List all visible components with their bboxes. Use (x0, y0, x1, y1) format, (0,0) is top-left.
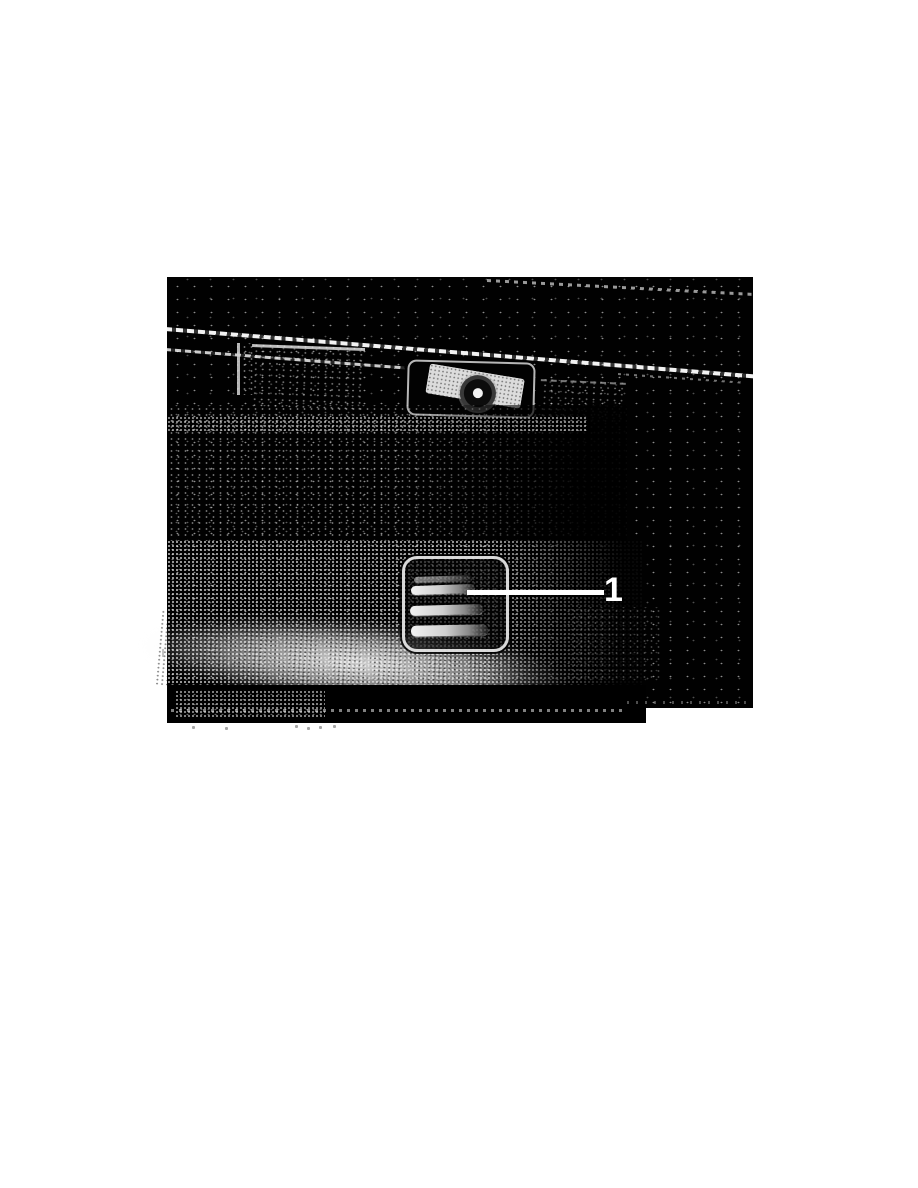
scan-speck (319, 726, 322, 729)
scan-speck (225, 727, 228, 730)
callout-leader-line (467, 590, 604, 595)
vent-louver-3 (410, 604, 483, 616)
speckle-cloud (570, 607, 660, 682)
bottom-edge-dotted-line-right (627, 701, 747, 704)
bottom-shadow-strip (167, 685, 646, 723)
scan-speck (295, 725, 298, 728)
scanned-manual-page: 1 (0, 0, 918, 1188)
callout-label: 1 (604, 573, 623, 607)
scan-tick (162, 649, 164, 657)
vent-grille (402, 556, 509, 652)
vent-louver-4 (411, 624, 488, 636)
scan-speck (192, 726, 195, 729)
figure-photo: 1 (167, 277, 753, 723)
scan-speck (333, 725, 336, 728)
sill-recess-left (250, 344, 365, 410)
bottom-edge-dotted-line (171, 709, 623, 712)
bottom-speckle-cluster (175, 690, 325, 718)
lock-center-pin (473, 388, 483, 398)
panel-edge-gravel-texture (167, 416, 587, 431)
scan-speck (307, 727, 310, 730)
